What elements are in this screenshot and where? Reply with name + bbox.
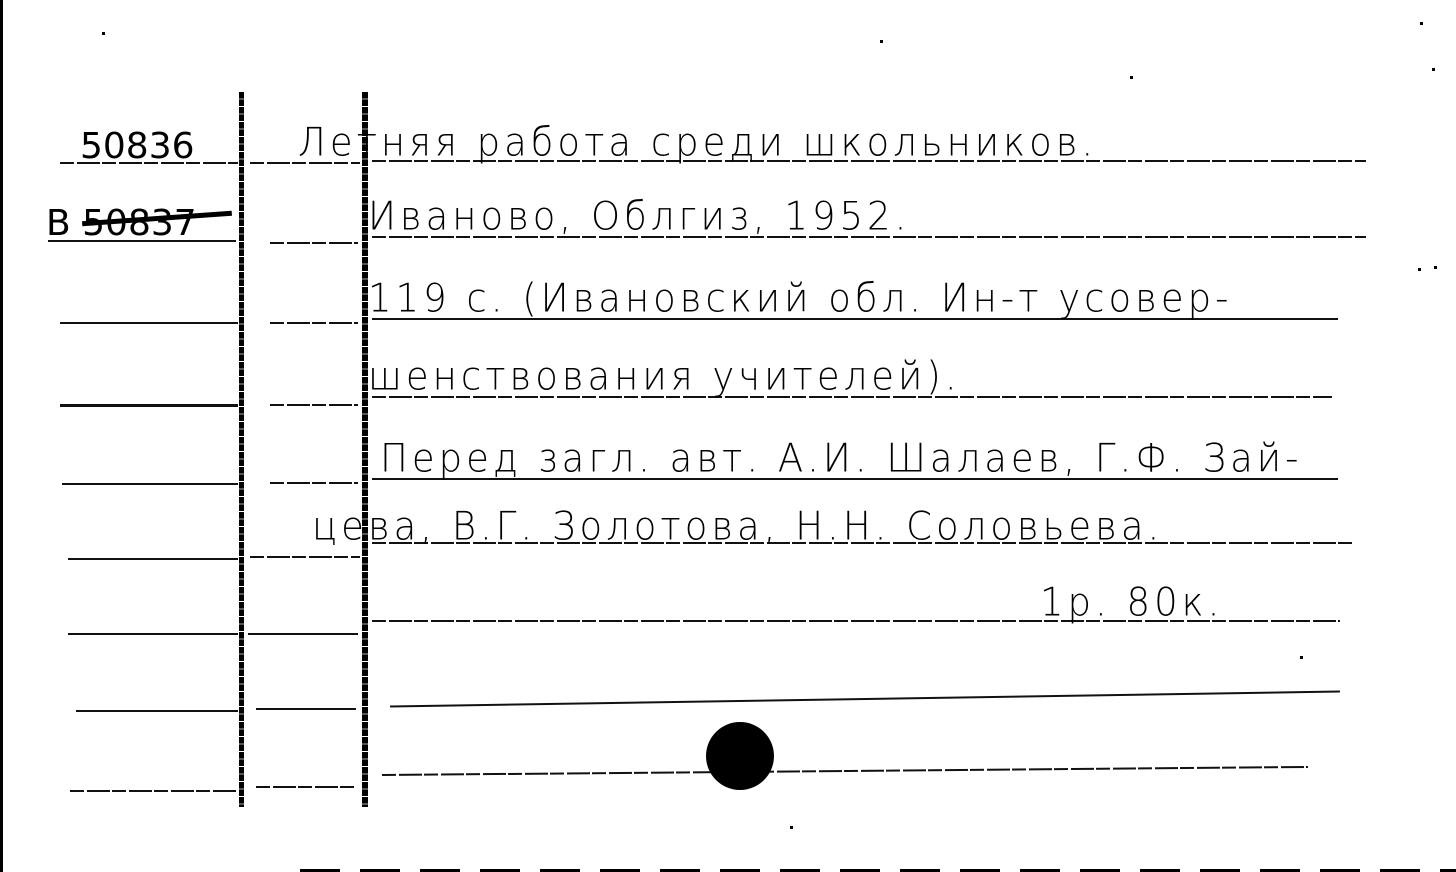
scan-speck [790,826,793,829]
scan-speck [1432,68,1435,71]
scan-speck [880,40,883,43]
ruled-line [68,558,238,560]
ruled-line [270,322,358,324]
ruled-line [270,482,358,484]
scan-speck [1420,22,1423,25]
punch-hole [706,722,774,790]
catalog-card: 50836 В 50837 Летняя работа среди школьн… [0,0,1456,872]
entry-imprint-line: Иваново, Облгиз, 1952. [368,194,910,239]
ruled-line [256,708,356,710]
entry-authors-continued: цева, В.Г. Золотова, Н.Н. Соловьева. [312,504,1163,549]
ruled-line [270,404,358,406]
card-left-edge [0,0,3,872]
entry-authors-line: Перед загл. авт. А.И. Шалаев, Г.Ф. Зай- [380,436,1303,481]
ruled-line [390,691,1340,708]
ruled-line [68,633,238,635]
ruled-line [76,710,238,712]
price: 1р. 80к. [1040,580,1223,625]
scan-speck [1130,76,1133,79]
ruled-line [60,322,238,324]
ruled-line [248,633,358,635]
scan-speck [1418,268,1421,271]
ruled-line [256,786,356,788]
ruled-line [60,404,238,407]
ruled-line [382,766,1308,776]
scan-speck [102,32,105,35]
call-number-primary: 50836 [80,126,195,167]
entry-collation-line: 119 с. (Ивановский обл. Ин-т усовер- [368,276,1232,321]
ruled-line [250,556,360,558]
scan-speck [1434,266,1437,269]
ruled-line [270,242,358,244]
ruled-line [62,483,238,485]
column-rule-left [239,92,244,807]
entry-collation-continued: шенствования учителей). [368,354,961,399]
scan-speck [1300,656,1303,659]
ruled-line [70,790,238,792]
entry-title-line: Летняя работа среди школьников. [298,120,1097,165]
